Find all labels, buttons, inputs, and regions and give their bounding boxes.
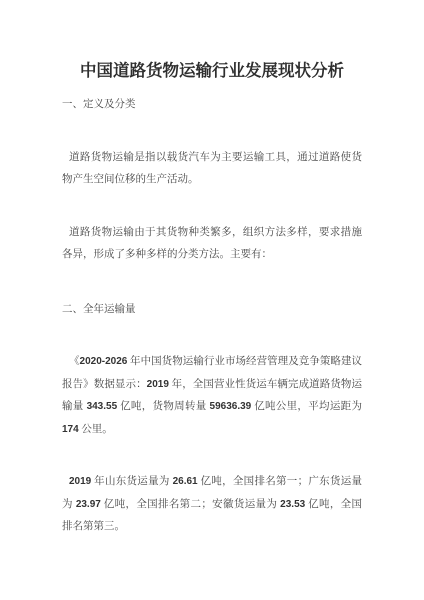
text-run-bold: 174 (62, 424, 79, 435)
document-body: 一、定义及分类道路货物运输是指以载货汽车为主要运输工具，通过道路使货物产生空间位… (62, 94, 362, 539)
text-run-bold: 23.53 (280, 499, 305, 510)
section: 一、定义及分类道路货物运输是指以载货汽车为主要运输工具，通过道路使货物产生空间位… (62, 94, 362, 267)
text-run-bold: 2019 (147, 379, 169, 390)
document-title: 中国道路货物运输行业发展现状分析 (62, 60, 362, 82)
text-run: 年山东货运量为 (91, 476, 172, 487)
text-run: 亿吨，货物周转量 (117, 401, 209, 412)
text-run: 《 (69, 356, 80, 367)
paragraph: 2019 年山东货运量为 26.61 亿吨，全国排名第一；广东货运量为 23.9… (62, 471, 362, 539)
text-run: 道路货物运输由于其货物种类繁多，组织方法多样，要求措施各异，形成了多种多样的分类… (62, 227, 362, 261)
document-page: 中国道路货物运输行业发展现状分析 一、定义及分类道路货物运输是指以载货汽车为主要… (0, 0, 424, 600)
section-heading: 一、定义及分类 (62, 94, 362, 117)
text-run: 亿吨公里，平均运距为 (251, 401, 362, 412)
paragraph: 道路货物运输是指以载货汽车为主要运输工具，通过道路使货物产生空间位移的生产活动。 (62, 147, 362, 192)
paragraph: 道路货物运输由于其货物种类繁多，组织方法多样，要求措施各异，形成了多种多样的分类… (62, 222, 362, 267)
text-run-bold: 2019 (69, 476, 91, 487)
text-run: 亿吨，全国排名第二；安徽货运量为 (101, 499, 280, 510)
text-run-bold: 26.61 (173, 476, 198, 487)
section: 二、全年运输量《2020-2026 年中国货物运输行业市场经营管理及竞争策略建议… (62, 299, 362, 539)
text-run: 公里。 (79, 424, 113, 435)
paragraph: 《2020-2026 年中国货物运输行业市场经营管理及竞争策略建议报告》数据显示… (62, 351, 362, 441)
text-run-bold: 59636.39 (210, 401, 252, 412)
text-run-bold: 23.97 (76, 499, 101, 510)
section-heading: 二、全年运输量 (62, 299, 362, 322)
text-run-bold: 343.55 (87, 401, 118, 412)
text-run-bold: 2020-2026 (80, 356, 128, 367)
text-run: 道路货物运输是指以载货汽车为主要运输工具，通过道路使货物产生空间位移的生产活动。 (62, 152, 362, 186)
